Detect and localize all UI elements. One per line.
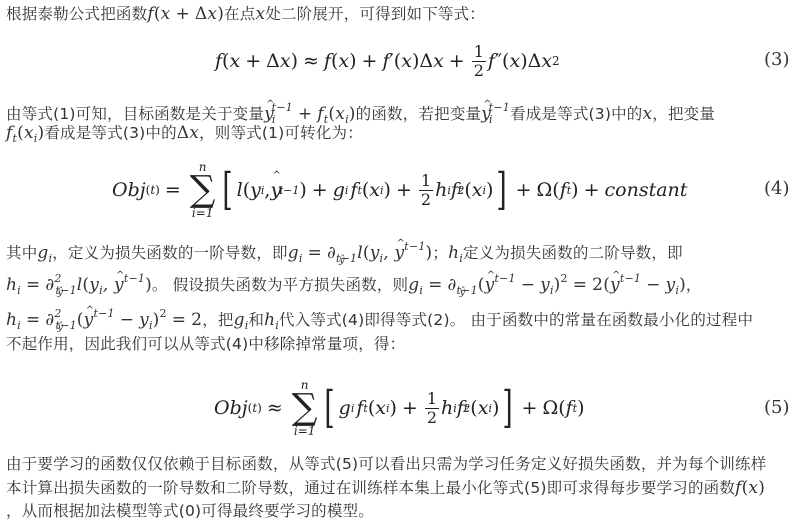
text: 不起作用，因此我们可以从等式(4)中移除掉常量项，得： <box>6 335 405 353</box>
text: 看成是等式(3)中的 <box>510 105 642 123</box>
text: ，则等式(1)可转化为： <box>199 124 363 142</box>
paragraph-gradient-line3: hi=∂ŷ2t−1(yt−1−yi)2=2，把gi和hi代入等式(4)即得等式(… <box>6 303 753 337</box>
math-gi-square-loss: gi=∂ŷt−1(yt−1−yi)2=2(yt−1−yi) <box>408 275 686 295</box>
text: 由于要学习的函数仅仅依赖于目标函数，从等式(5)可以看出只需为学习任务定义好损失… <box>6 455 766 473</box>
text: ，把 <box>202 311 233 329</box>
math-hi-square-loss: hi=∂ŷ2t−1(yt−1−yi)2=2 <box>6 310 202 330</box>
math-yhat-plus-ft: yit−1+ft(xi) <box>264 104 356 124</box>
text: 定义为损失函数的二阶导数，即 <box>463 244 683 262</box>
text: ，定义为损失函数的一阶导数，即 <box>52 244 288 262</box>
text: ，把变量 <box>652 105 715 123</box>
math-ft-xi: ft(xi) <box>6 123 44 143</box>
text: 由等式(1)可知，目标函数是关于变量 <box>6 105 264 123</box>
text: ； <box>432 244 448 262</box>
equation-number-4: (4) <box>764 178 790 199</box>
paragraph-objective-line2: ft(xi)看成是等式(3)中的Δx，则等式(1)可转化为： <box>6 122 363 150</box>
math-hi: hi <box>448 243 463 263</box>
text: 代入等式(4)即得等式(2)。 由于函数中的常量在函数最小化的过程中 <box>279 311 753 329</box>
paragraph-gradient-line4: 不起作用，因此我们可以从等式(4)中移除掉常量项，得： <box>6 333 405 355</box>
math-delta-x: Δx <box>177 123 199 143</box>
paragraph-taylor-intro: 根据泰勒公式把函数f(x+Δx)在点x处二阶展开，可得到如下等式： <box>6 3 485 25</box>
text: 的函数，若把变量 <box>356 105 482 123</box>
text: 处二阶展开，可得到如下等式： <box>265 5 485 23</box>
paragraph-gradient-line2: hi=∂ŷ2t−1l(yi, yt−1)。 假设损失函数为平方损失函数，则gi=… <box>6 268 702 302</box>
paragraph-conclusion-line1: 由于要学习的函数仅仅依赖于目标函数，从等式(5)可以看出只需为学习任务定义好损失… <box>6 453 766 475</box>
math-hi-definition: hi=∂ŷ2t−1l(yi, yt−1) <box>6 275 152 295</box>
text: ， <box>686 276 702 294</box>
math-gi: gi <box>234 310 249 330</box>
text: 在点 <box>224 5 255 23</box>
equation-3: f(x+Δx) ≈ f(x)+ f′(x)Δx+ 12 f″(x)Δx2 <box>215 40 560 82</box>
equation-number-3: (3) <box>764 49 790 70</box>
math-f-x: f(x) <box>735 478 765 498</box>
summation: n∑i=1 <box>292 379 318 437</box>
text: 本计算出损失函数的一阶导数和二阶导数，通过在训练样本集上最小化等式(5)即可求得… <box>6 479 735 497</box>
math-hi: hi <box>264 310 279 330</box>
math-gi-definition: gi=∂ŷt−1l(yi, yt−1) <box>288 243 433 263</box>
math-gi: gi <box>37 243 52 263</box>
paragraph-conclusion-line3: ，从而根据加法模型等式(0)可得最终要学习的模型。 <box>6 500 374 522</box>
text: ，从而根据加法模型等式(0)可得最终要学习的模型。 <box>6 502 374 520</box>
equation-4: Obj(t) = n∑i=1 [ l(yi, yit−1) + gift(xi)… <box>112 160 687 220</box>
text: 。 假设损失函数为平方损失函数，则 <box>152 276 408 294</box>
paragraph-gradient-line1: 其中gi，定义为损失函数的一阶导数，即gi=∂ŷt−1l(yi, yt−1)；h… <box>6 236 683 270</box>
equation-number-5: (5) <box>764 397 790 418</box>
math-x: x <box>642 104 652 124</box>
text: 根据泰勒公式把函数 <box>6 5 147 23</box>
math-yhat: yit−1 <box>481 104 510 124</box>
fraction-one-half: 12 <box>472 43 486 80</box>
text: 和 <box>248 311 264 329</box>
summation: n∑i=1 <box>190 161 216 219</box>
equation-5: Obj(t) ≈ n∑i=1 [ gift(xi) + 12 hift2(xi)… <box>214 378 585 438</box>
math-x: x <box>255 4 265 24</box>
text: 其中 <box>6 244 37 262</box>
text: 看成是等式(3)中的 <box>44 124 176 142</box>
paragraph-conclusion-line2: 本计算出损失函数的一阶导数和二阶导数，通过在训练样本集上最小化等式(5)即可求得… <box>6 477 765 499</box>
math-f-x-plus-delta-x: f(x+Δx) <box>147 4 224 24</box>
